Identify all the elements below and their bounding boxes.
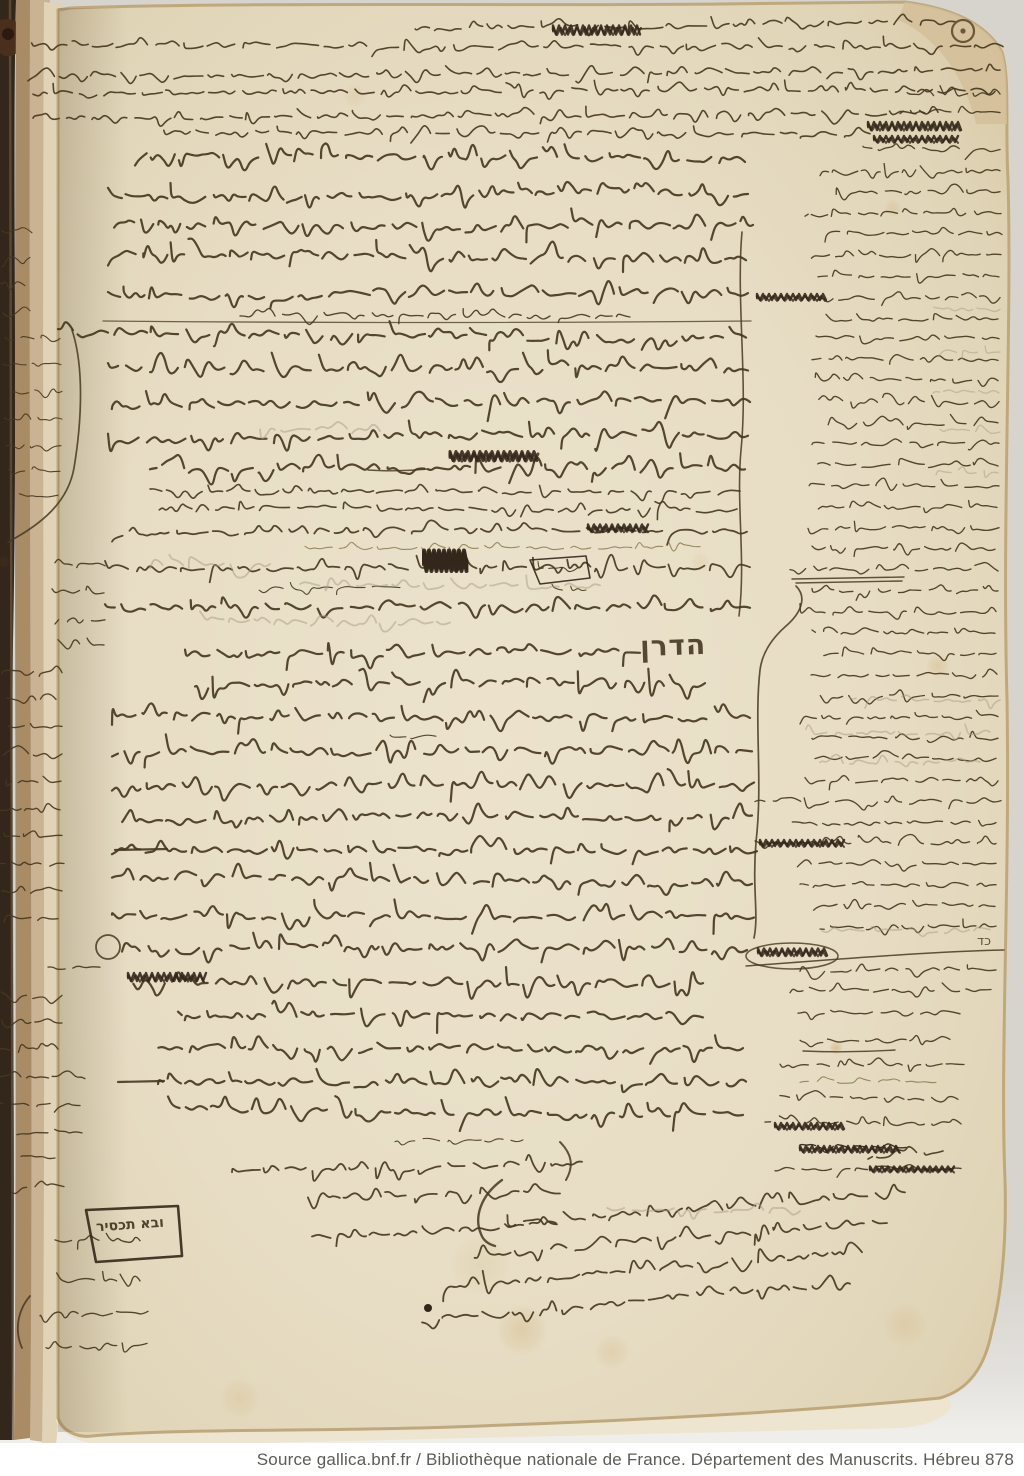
- paper-stain: [343, 84, 367, 108]
- gutter-shadow: [58, 8, 128, 1432]
- gallica-manuscript-scan: הדרן ובא תכסיר כד Source gallica.bnf.fr …: [0, 0, 1024, 1476]
- source-attribution-text: Source gallica.bnf.fr / Bibliothèque nat…: [257, 1450, 1014, 1470]
- manuscript-scan-svg: [0, 0, 1024, 1476]
- dash-filler: [115, 849, 167, 850]
- paper-stain: [829, 1041, 843, 1055]
- paper-stain: [220, 1378, 260, 1418]
- ink-blot: [424, 558, 467, 571]
- paper-stain: [496, 1304, 548, 1356]
- dash-filler: [118, 1081, 164, 1082]
- end-mark-dot: [424, 1304, 432, 1312]
- source-attribution-bar: Source gallica.bnf.fr / Bibliothèque nat…: [0, 1443, 1024, 1476]
- paper-stain: [594, 1334, 630, 1370]
- paper-stain: [883, 1303, 927, 1347]
- paper-stain: [884, 199, 902, 217]
- page-edge-stack: [14, 0, 62, 1444]
- manuscript-page: [58, 2, 1009, 1436]
